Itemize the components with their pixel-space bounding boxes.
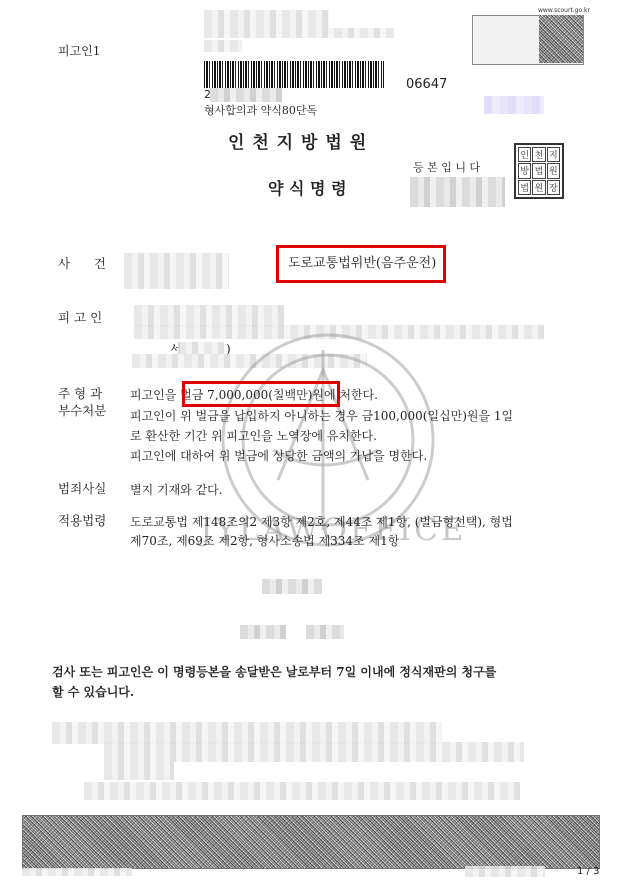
page-number: 1 / 3 xyxy=(577,864,599,880)
redacted-info-line-2 xyxy=(104,742,524,762)
seal-character: 원 xyxy=(532,180,545,195)
laws-line-2: 제70조, 제69조 제2항, 형사소송법 제334조 제1항 xyxy=(130,533,399,549)
court-seal-icon: 인천지방법원법원장 xyxy=(514,143,564,199)
document-type: 약 식 명 령 xyxy=(268,176,347,199)
redacted-defendant-line-1 xyxy=(134,305,284,327)
division-label: 형사합의과 약식80단독 xyxy=(204,103,317,119)
seal-character: 법 xyxy=(532,163,545,178)
seal-character: 법 xyxy=(518,180,531,195)
redacted-header-line-3 xyxy=(204,40,242,52)
sentence-label-line2: 부수처분 xyxy=(58,403,106,419)
redacted-header-line-2 xyxy=(204,28,394,38)
redacted-document-code xyxy=(22,868,132,876)
sentence-line-2: 피고인이 위 벌금을 납입하지 아니하는 경우 금100,000(일십만)원을 … xyxy=(130,408,513,424)
case-name: 도로교통법위반(음주운전) xyxy=(288,256,436,272)
laws-label: 적용법령 xyxy=(58,513,106,529)
redacted-footer-id xyxy=(465,866,545,877)
facts-value: 별지 기재와 같다. xyxy=(130,482,223,498)
notice-line-2: 할 수 있습니다. xyxy=(52,684,134,700)
defendant-label: 피 고 인 xyxy=(58,310,102,326)
redacted-clerk-name xyxy=(410,177,505,207)
certified-copy-text: 등 본 입 니 다 xyxy=(413,160,480,176)
verification-url: www.scourt.go.kr xyxy=(538,7,590,15)
fine-amount-highlight xyxy=(182,381,340,407)
facts-label: 범죄사실 xyxy=(58,481,106,497)
seal-character: 원 xyxy=(547,163,560,178)
redacted-header-line-1 xyxy=(204,10,329,28)
case-label: 사 건 xyxy=(58,256,106,272)
redacted-info-line-1 xyxy=(52,722,442,744)
redacted-barcode-digits xyxy=(210,88,282,102)
sentence-line-4: 피고인에 대하여 위 벌금에 상당한 금액의 가납을 명한다. xyxy=(130,448,427,464)
defendant-tag: 피고인1 xyxy=(58,43,100,59)
redacted-stamp-number xyxy=(484,96,544,114)
security-pattern-band xyxy=(22,815,600,869)
redacted-info-line-4 xyxy=(84,782,520,800)
redacted-judge-title xyxy=(240,625,286,639)
seal-character: 지 xyxy=(547,147,560,162)
barcode-number: 06647 xyxy=(406,77,447,93)
qr-code-icon xyxy=(539,15,583,63)
court-name: 인 천 지 방 법 원 xyxy=(228,128,367,153)
redacted-judge-name xyxy=(306,625,344,639)
sentence-line-3: 로 환산한 기간 위 피고인을 노역장에 유치한다. xyxy=(130,428,377,444)
redacted-info-line-3 xyxy=(104,762,174,780)
seal-character: 방 xyxy=(518,163,531,178)
seal-character: 천 xyxy=(532,147,545,162)
seal-character: 장 xyxy=(547,180,560,195)
notice-line-1: 검사 또는 피고인은 이 명령등본을 송달받은 날로부터 7일 이내에 정식재판… xyxy=(52,664,496,680)
redacted-date xyxy=(262,579,322,594)
seal-character: 인 xyxy=(518,147,531,162)
redacted-case-number xyxy=(124,253,229,289)
sentence-label-line1: 주 형 과 xyxy=(58,386,102,402)
barcode xyxy=(204,61,384,88)
laws-line-1: 도로교통법 제148조의2 제3항 제2호, 제44조 제1항, (벌금형선택)… xyxy=(130,514,513,530)
